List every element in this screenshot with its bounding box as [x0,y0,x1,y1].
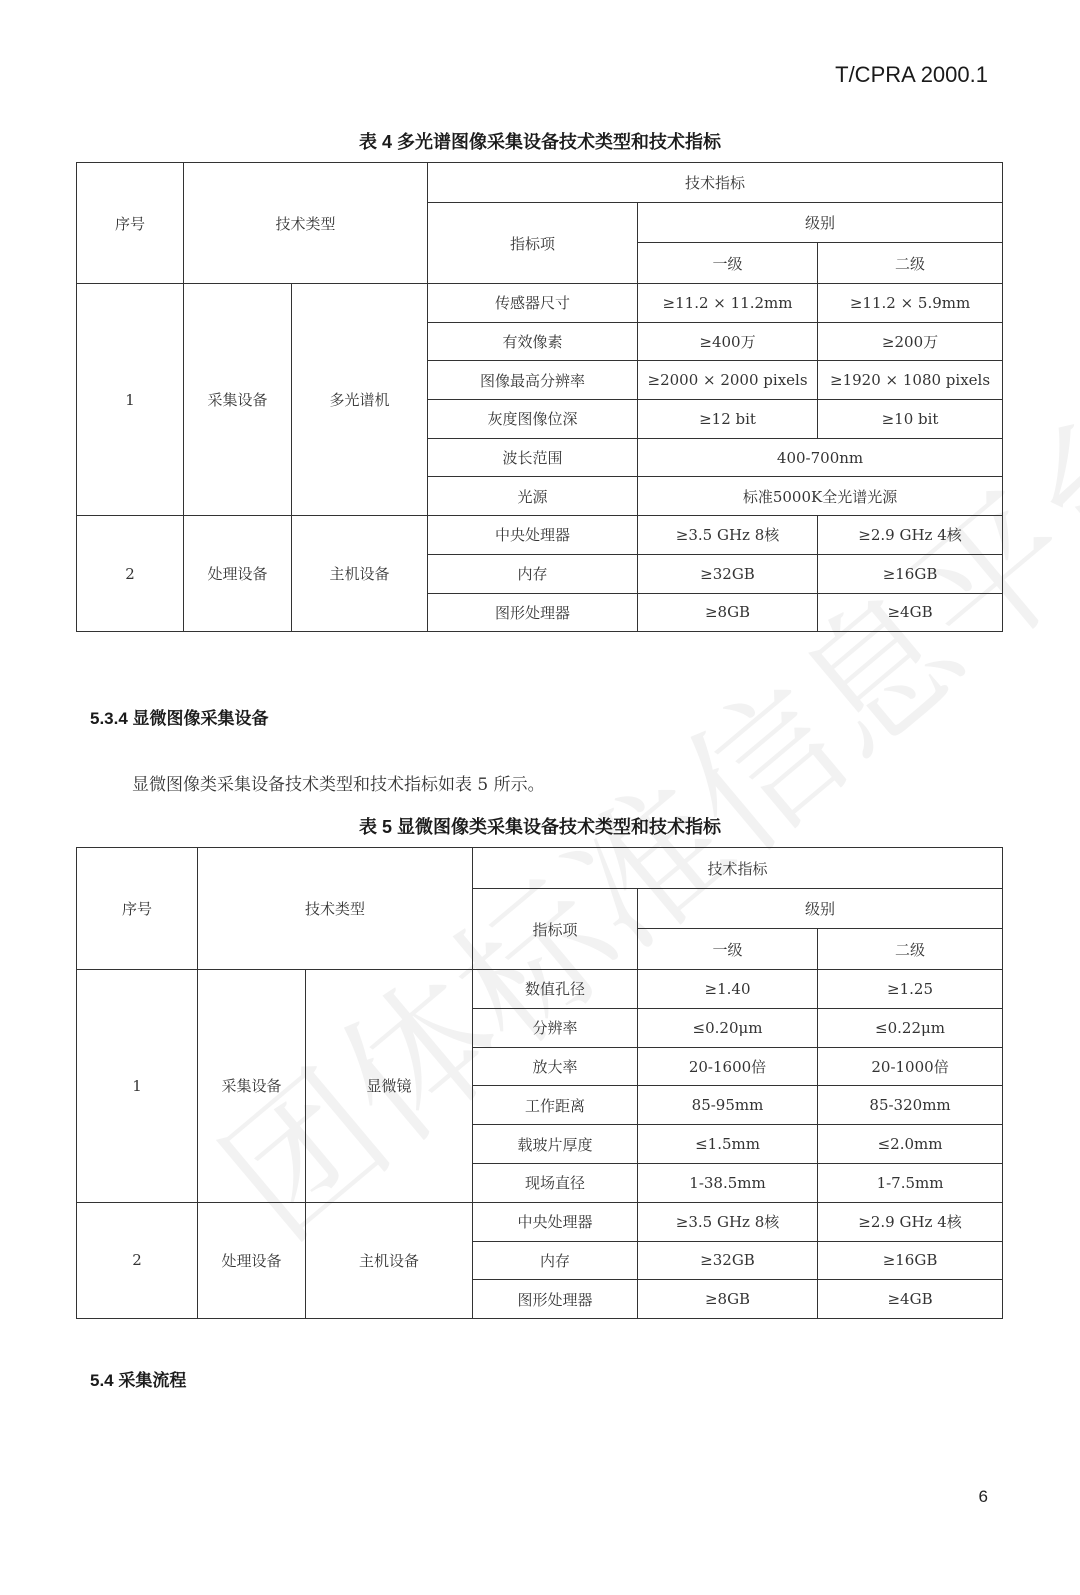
cell-seq: 2 [77,516,184,632]
cell-item: 波长范围 [428,438,638,477]
header-item: 指标项 [428,203,638,284]
cell-level2: ≥16GB [818,554,1003,593]
cell-level2: ≤0.22μm [818,1008,1003,1047]
cell-item: 数值孔径 [473,970,638,1009]
header-tech: 技术指标 [428,163,1003,203]
header-seq: 序号 [77,163,184,284]
cell-item: 现场直径 [473,1163,638,1202]
paragraph: 显微图像类采集设备技术类型和技术指标如表 5 所示。 [132,770,545,795]
header-level2: 二级 [818,243,1003,284]
cell-seq: 1 [77,284,184,516]
cell-level2: ≥2.9 GHz 4核 [818,516,1003,555]
cell-item: 内存 [428,554,638,593]
table5: 序号 技术类型 技术指标 指标项 级别 一级 二级 1采集设备显微镜数值孔径≥1… [76,847,1003,1319]
cell-level2: ≥11.2 × 5.9mm [818,284,1003,323]
cell-level2: 20-1000倍 [818,1047,1003,1086]
cell-item: 放大率 [473,1047,638,1086]
cell-level1: ≥400万 [638,322,818,361]
table-row: 1采集设备显微镜数值孔径≥1.40≥1.25 [77,970,1003,1009]
cell-item: 灰度图像位深 [428,400,638,439]
header-level1: 一级 [638,929,818,970]
cell-item: 工作距离 [473,1086,638,1125]
cell-level1: ≥1.40 [638,970,818,1009]
cell-category: 处理设备 [198,1202,306,1318]
cell-item: 分辨率 [473,1008,638,1047]
cell-level1: ≥3.5 GHz 8核 [638,1202,818,1241]
cell-level1: ≥32GB [638,1241,818,1280]
cell-level2: ≥4GB [818,1280,1003,1319]
cell-category: 采集设备 [198,970,306,1203]
table-row: 2处理设备主机设备中央处理器≥3.5 GHz 8核≥2.9 GHz 4核 [77,516,1003,555]
header-level2: 二级 [818,929,1003,970]
table-row: 2处理设备主机设备中央处理器≥3.5 GHz 8核≥2.9 GHz 4核 [77,1202,1003,1241]
header-level: 级别 [638,889,1003,929]
header-level: 级别 [638,203,1003,243]
cell-item: 光源 [428,477,638,516]
cell-level2: ≥1.25 [818,970,1003,1009]
cell-seq: 2 [77,1202,198,1318]
header-seq: 序号 [77,848,198,970]
cell-level1: ≥12 bit [638,400,818,439]
cell-level2: ≥1920 × 1080 pixels [818,361,1003,400]
table4-caption: 表 4 多光谱图像采集设备技术类型和技术指标 [0,128,1080,154]
cell-item: 有效像素 [428,322,638,361]
cell-level1: ≥8GB [638,1280,818,1319]
cell-item: 传感器尺寸 [428,284,638,323]
cell-level1: ≤0.20μm [638,1008,818,1047]
cell-category: 采集设备 [184,284,292,516]
cell-level1: ≥3.5 GHz 8核 [638,516,818,555]
header-tech: 技术指标 [473,848,1003,889]
cell-item: 载玻片厚度 [473,1125,638,1164]
page-number: 6 [979,1487,988,1507]
table5-caption: 表 5 显微图像类采集设备技术类型和技术指标 [0,813,1080,839]
cell-level2: ≥16GB [818,1241,1003,1280]
cell-level2: ≥2.9 GHz 4核 [818,1202,1003,1241]
cell-item: 中央处理器 [473,1202,638,1241]
header-item: 指标项 [473,889,638,970]
cell-level1: ≥11.2 × 11.2mm [638,284,818,323]
cell-level2: 85-320mm [818,1086,1003,1125]
cell-subtype: 显微镜 [306,970,473,1203]
table4: 序号 技术类型 技术指标 指标项 级别 一级 二级 1采集设备多光谱机传感器尺寸… [76,162,1003,632]
cell-item: 内存 [473,1241,638,1280]
cell-category: 处理设备 [184,516,292,632]
cell-item: 中央处理器 [428,516,638,555]
cell-level1: 20-1600倍 [638,1047,818,1086]
table-row: 1采集设备多光谱机传感器尺寸≥11.2 × 11.2mm≥11.2 × 5.9m… [77,284,1003,323]
cell-level1: ≥8GB [638,593,818,632]
cell-level2: ≥10 bit [818,400,1003,439]
cell-level2: ≥4GB [818,593,1003,632]
cell-item: 图形处理器 [473,1280,638,1319]
cell-seq: 1 [77,970,198,1203]
cell-level1: 1-38.5mm [638,1163,818,1202]
cell-level1: ≥32GB [638,554,818,593]
header-type: 技术类型 [184,163,428,284]
cell-level2: ≥200万 [818,322,1003,361]
cell-subtype: 主机设备 [306,1202,473,1318]
cell-level1: 85-95mm [638,1086,818,1125]
cell-subtype: 多光谱机 [292,284,428,516]
cell-subtype: 主机设备 [292,516,428,632]
cell-level1: ≥2000 × 2000 pixels [638,361,818,400]
cell-level2: ≤2.0mm [818,1125,1003,1164]
cell-level1: ≤1.5mm [638,1125,818,1164]
section-heading-5-3-4: 5.3.4 显微图像采集设备 [90,704,269,729]
cell-item: 图形处理器 [428,593,638,632]
cell-item: 图像最高分辨率 [428,361,638,400]
cell-value-merged: 400-700nm [638,438,1003,477]
cell-level2: 1-7.5mm [818,1163,1003,1202]
section-heading-5-4: 5.4 采集流程 [90,1366,186,1391]
document-id: T/CPRA 2000.1 [835,62,988,88]
header-level1: 一级 [638,243,818,284]
header-type: 技术类型 [198,848,473,970]
cell-value-merged: 标准5000K全光谱光源 [638,477,1003,516]
